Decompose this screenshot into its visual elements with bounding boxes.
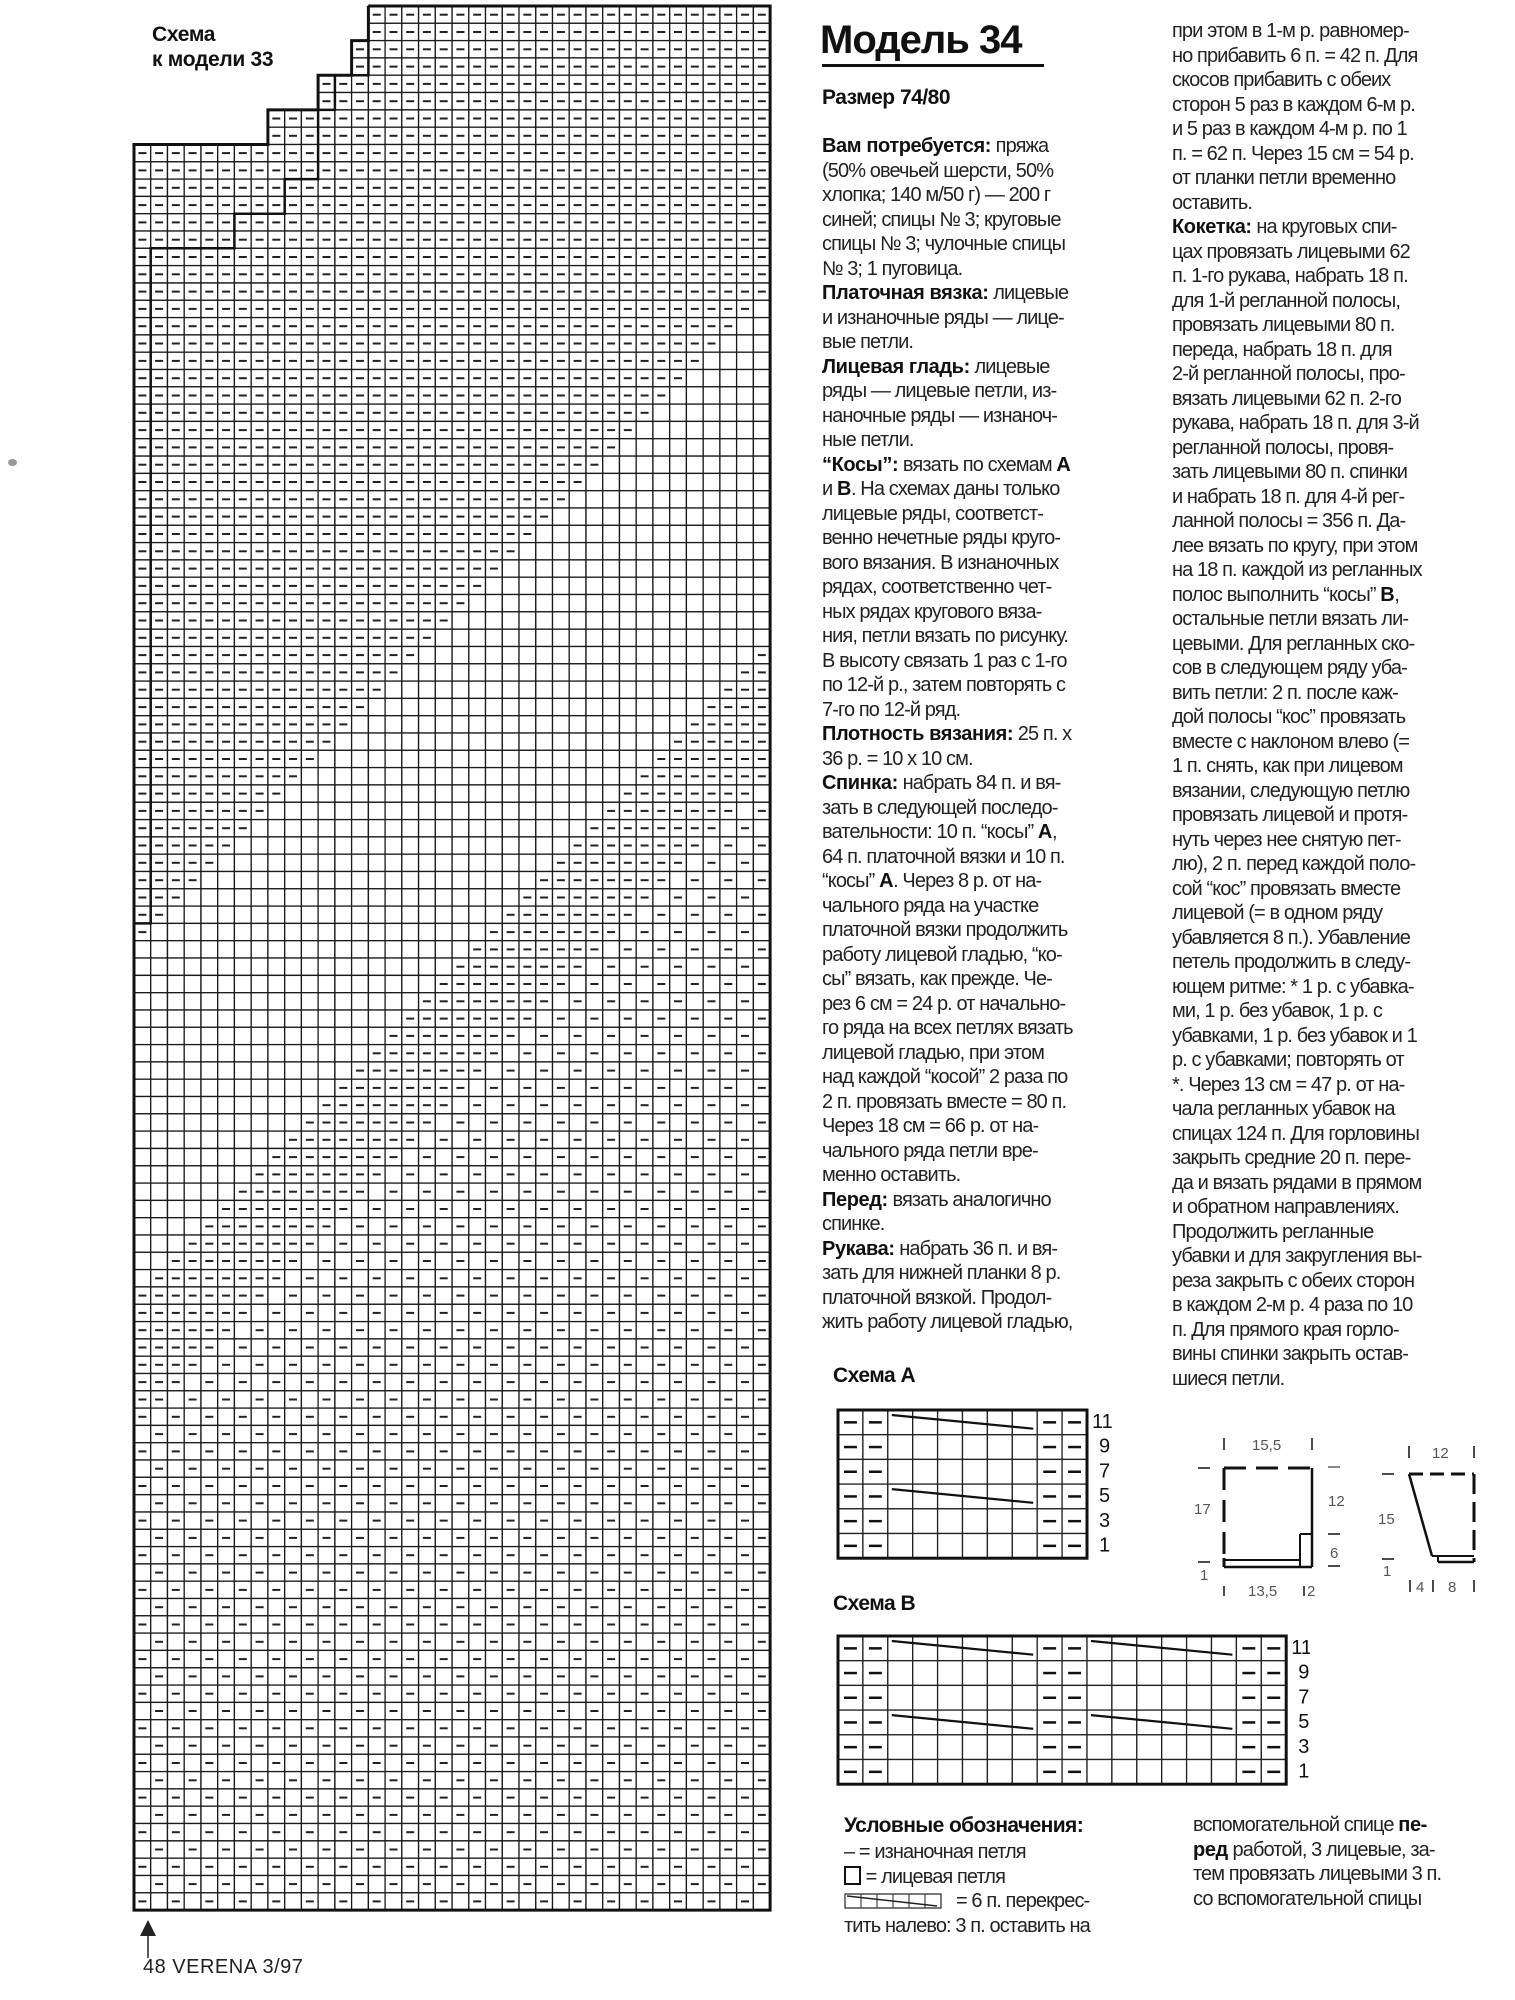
body-height-right-top: 12 — [1328, 1493, 1345, 1510]
col1-line: вого вязания. В изнаночных — [822, 551, 1132, 576]
col1-line: по 12-й р., затем повторять с — [822, 673, 1132, 698]
col1-line: Вам потребуется: пряжа — [822, 134, 1132, 159]
col2-line: ланной полосы = 356 п. Да- — [1172, 509, 1482, 534]
article-column-2: при этом в 1-м р. равномер-но прибавить … — [1172, 19, 1482, 1391]
col2-line: *. Через 13 см = 47 р. от на- — [1172, 1073, 1482, 1098]
col1-line: спицы № 3; чулочные спицы — [822, 232, 1132, 257]
col2-line: вязании, следующую петлю — [1172, 779, 1482, 804]
col2-line: но прибавить 6 п. = 42 п. Для — [1172, 44, 1482, 69]
body-height-left: 17 — [1194, 1501, 1211, 1518]
model-title: Модель 34 — [820, 18, 1021, 63]
legend-col2-line: ред работой, 3 лицевые, за- — [1193, 1838, 1503, 1863]
col1-line: и В. На схемах даны только — [822, 477, 1132, 502]
legend-column-2: вспомогательной спице пе-ред работой, 3 … — [1193, 1813, 1503, 1911]
col1-line: венно нечетные ряды круго- — [822, 526, 1132, 551]
purl-symbol-icon: – — [844, 1841, 854, 1863]
col2-line: и набрать 18 п. для 4-й рег- — [1172, 485, 1482, 510]
svg-text:9: 9 — [1298, 1662, 1309, 1684]
cable-symbol-icon — [844, 1893, 942, 1909]
col2-line: провязать лицевыми 80 п. — [1172, 313, 1482, 338]
col1-line: В высоту связать 1 раз с 1-го — [822, 649, 1132, 674]
col2-line: чала регланных убавок на — [1172, 1097, 1482, 1122]
col1-line: Плотность вязания: 25 п. х — [822, 722, 1132, 747]
sleeve-schematic — [1382, 1446, 1474, 1592]
svg-text:11: 11 — [1291, 1637, 1310, 1659]
col1-line: Лицевая гладь: лицевые — [822, 355, 1132, 380]
col2-line: р. с убавками; повторять от — [1172, 1048, 1482, 1073]
article-column-1: Вам потребуется: пряжа(50% овечьей шерст… — [822, 134, 1132, 1335]
col1-line: рез 6 см = 24 р. от начально- — [822, 992, 1132, 1017]
body-bottom-width: 13,5 — [1248, 1583, 1277, 1600]
col2-line: п. 1-го рукава, набрать 18 п. — [1172, 264, 1482, 289]
col2-line: регланной полосы, провя- — [1172, 436, 1482, 461]
col2-line: оставить. — [1172, 191, 1482, 216]
col1-line: платочной вязкой. Продол- — [822, 1286, 1132, 1311]
col1-line: чального ряда петли вре- — [822, 1139, 1132, 1164]
col2-line: вины спинки закрыть остав- — [1172, 1342, 1482, 1367]
svg-text:7: 7 — [1298, 1686, 1309, 1708]
size-label: Размер 74/80 — [822, 86, 950, 110]
svg-text:7: 7 — [1099, 1460, 1110, 1482]
col1-line: “Косы”: вязать по схемам А — [822, 453, 1132, 478]
col1-line: и изнаночные ряды — лице- — [822, 306, 1132, 331]
svg-text:1: 1 — [1099, 1535, 1110, 1557]
body-band: 1 — [1200, 1567, 1208, 1584]
legend-continuation: тить налево: 3 п. оставить на — [844, 1914, 1164, 1939]
col1-line: рядах, соответственно чет- — [822, 575, 1132, 600]
col2-line: лю), 2 п. перед каждой поло- — [1172, 852, 1482, 877]
body-top-width: 15,5 — [1252, 1437, 1281, 1454]
col2-line: да и вязать рядами в прямом — [1172, 1171, 1482, 1196]
col1-line: чального ряда на участке — [822, 894, 1132, 919]
body-schematic — [1198, 1438, 1340, 1596]
svg-text:11: 11 — [1092, 1411, 1113, 1433]
col1-line: лицевые ряды, соответст- — [822, 502, 1132, 527]
col1-line: лицевой гладью, при этом — [822, 1041, 1132, 1066]
col2-line: закрыть средние 20 п. пере- — [1172, 1146, 1482, 1171]
svg-text:5: 5 — [1099, 1485, 1110, 1507]
col1-line: 7-го по 12-й ряд. — [822, 698, 1132, 723]
col2-line: шиеся петли. — [1172, 1367, 1482, 1392]
col1-line: “косы” А. Через 8 р. от на- — [822, 869, 1132, 894]
col1-line: Перед: вязать аналогично — [822, 1188, 1132, 1213]
col1-line: работу лицевой гладью, “ко- — [822, 943, 1132, 968]
col1-line: ряды — лицевые петли, из- — [822, 379, 1132, 404]
col2-line: сов в следующем ряду уба- — [1172, 656, 1482, 681]
col2-line: сой “кос” провязать вместе — [1172, 877, 1482, 902]
schema-b-title: Схема В — [833, 1592, 915, 1616]
svg-text:1: 1 — [1298, 1761, 1309, 1783]
col2-line: Кокетка: на круговых спи- — [1172, 215, 1482, 240]
legend-col2-line: тем провязать лицевыми 3 п. — [1193, 1862, 1503, 1887]
legend-item-purl: – = изнаночная петля — [844, 1840, 1164, 1865]
sleeve-height: 15 — [1378, 1511, 1395, 1528]
schema-a-chart: 1197531 — [830, 1400, 1150, 1570]
col2-line: от планки петли временно — [1172, 166, 1482, 191]
print-speck — [8, 459, 17, 466]
col2-line: вить петли: 2 п. после каж- — [1172, 681, 1482, 706]
col2-line: при этом в 1-м р. равномер- — [1172, 19, 1482, 44]
knitting-chart-model-33 — [0, 0, 800, 2000]
col2-line: ющем ритме: * 1 р. с убавка- — [1172, 975, 1482, 1000]
knit-symbol-icon — [844, 1866, 861, 1885]
col1-line: го ряда на всех петлях вязать — [822, 1016, 1132, 1041]
col1-line: 2 п. провязать вместе = 80 п. — [822, 1090, 1132, 1115]
col2-line: остальные петли вязать ли- — [1172, 607, 1482, 632]
col1-line: № 3; 1 пуговица. — [822, 257, 1132, 282]
legend-item-knit: = лицевая петля — [844, 1865, 1164, 1890]
col1-line: (50% овечьей шерсти, 50% — [822, 159, 1132, 184]
body-height-right-bottom: 6 — [1330, 1545, 1338, 1562]
col2-line: лицевой (= в одном ряду — [1172, 901, 1482, 926]
col2-line: скосов прибавить с обеих — [1172, 68, 1482, 93]
col2-line: ми, 1 р. без убавок, 1 р. с — [1172, 999, 1482, 1024]
sleeve-bottom-right: 8 — [1448, 1579, 1456, 1596]
schema-b-chart: 1197531 — [830, 1626, 1310, 1796]
col2-line: рукава, набрать 18 п. для 3-й — [1172, 411, 1482, 436]
title-rule — [822, 64, 1044, 67]
col2-line: зать лицевыми 80 п. спинки — [1172, 460, 1482, 485]
col2-line: и 5 раз в каждом 4-м р. по 1 — [1172, 117, 1482, 142]
col1-line: ния, петли вязать по рисунку. — [822, 624, 1132, 649]
col2-line: цах провязать лицевыми 62 — [1172, 240, 1482, 265]
col2-line: 1 п. снять, как при лицевом — [1172, 754, 1482, 779]
col2-line: и обратном направлениях. — [1172, 1195, 1482, 1220]
svg-text:5: 5 — [1298, 1711, 1309, 1733]
col2-line: убавляется 8 п.). Убавление — [1172, 926, 1482, 951]
col1-line: Рукава: набрать 36 п. и вя- — [822, 1237, 1132, 1262]
col1-line: наночные ряды — изнаноч- — [822, 404, 1132, 429]
page-footer: 48 VERENA 3/97 — [143, 1956, 303, 1979]
col2-line: для 1-й регланной полосы, — [1172, 289, 1482, 314]
col1-line: Платочная вязка: лицевые — [822, 281, 1132, 306]
body-bottom-right: 2 — [1307, 1583, 1315, 1600]
legend-title: Условные обозначения: — [844, 1814, 1083, 1838]
svg-text:3: 3 — [1298, 1736, 1309, 1758]
col1-line: хлопка; 140 м/50 г) — 200 г — [822, 183, 1132, 208]
col1-line: спинке. — [822, 1212, 1132, 1237]
col1-line: Через 18 см = 66 р. от на- — [822, 1114, 1132, 1139]
col1-line: вые петли. — [822, 330, 1132, 355]
sleeve-band: 1 — [1383, 1563, 1391, 1580]
col2-line: спицах 124 п. Для горловины — [1172, 1122, 1482, 1147]
col1-line: 36 р. = 10 х 10 см. — [822, 747, 1132, 772]
garment-schematics: 15,5 17 12 6 1 13,5 2 12 15 1 4 8 — [1170, 1410, 1515, 1600]
col2-line: цевыми. Для регланных ско- — [1172, 632, 1482, 657]
legend-item-cable: = 6 п. перекрес- — [844, 1889, 1164, 1914]
col2-line: в каждом 2-м р. 4 раза по 10 — [1172, 1293, 1482, 1318]
col2-line: провязать лицевой и протя- — [1172, 803, 1482, 828]
col1-line: над каждой “косой” 2 раза по — [822, 1065, 1132, 1090]
col1-line: ных рядах кругового вяза- — [822, 600, 1132, 625]
col1-line: 64 п. платочной вязки и 10 п. — [822, 845, 1132, 870]
col1-line: платочной вязки продолжить — [822, 918, 1132, 943]
col1-line: зать для нижней планки 8 р. — [822, 1261, 1132, 1286]
col2-line: 2-й регланной полосы, про- — [1172, 362, 1482, 387]
sleeve-top-width: 12 — [1432, 1445, 1449, 1462]
col2-line: п. = 62 п. Через 15 см = 54 р. — [1172, 142, 1482, 167]
col1-line: Спинка: набрать 84 п. и вя- — [822, 771, 1132, 796]
col1-line: синей; спицы № 3; круговые — [822, 208, 1132, 233]
col2-line: убавки и для закругления вы- — [1172, 1244, 1482, 1269]
col1-line: жить работу лицевой гладью, — [822, 1310, 1132, 1335]
col2-line: вместе с наклоном влево (= — [1172, 730, 1482, 755]
col2-line: петель продолжить в следу- — [1172, 950, 1482, 975]
legend: – = изнаночная петля = лицевая петля = 6… — [844, 1840, 1164, 1938]
col2-line: на 18 п. каждой из регланных — [1172, 558, 1482, 583]
sleeve-bottom-left: 4 — [1416, 1579, 1424, 1596]
schema-a-title: Схема А — [833, 1364, 915, 1388]
col1-line: зать в следующей последо- — [822, 796, 1132, 821]
svg-text:9: 9 — [1099, 1436, 1110, 1458]
legend-col2-line: вспомогательной спице пе- — [1193, 1813, 1503, 1838]
col2-line: сторон 5 раз в каждом 6-м р. — [1172, 93, 1482, 118]
col2-line: вязать лицевыми 62 п. 2-го — [1172, 387, 1482, 412]
legend-col2-line: со вспомогательной спицы — [1193, 1887, 1503, 1912]
col2-line: п. Для прямого края горло- — [1172, 1318, 1482, 1343]
col1-line: сы” вязать, как прежде. Че- — [822, 967, 1132, 992]
col1-line: менно оставить. — [822, 1163, 1132, 1188]
col1-line: ные петли. — [822, 428, 1132, 453]
col2-line: лее вязать по кругу, при этом — [1172, 534, 1482, 559]
col2-line: дой полосы “кос” провязать — [1172, 705, 1482, 730]
col2-line: переда, набрать 18 п. для — [1172, 338, 1482, 363]
col1-line: вательности: 10 п. “косы” А, — [822, 820, 1132, 845]
col2-line: реза закрыть с обеих сторон — [1172, 1269, 1482, 1294]
col2-line: нуть через нее снятую пет- — [1172, 828, 1482, 853]
col2-line: Продолжить регланные — [1172, 1220, 1482, 1245]
svg-text:3: 3 — [1099, 1510, 1110, 1532]
col2-line: убавками, 1 р. без убавок и 1 — [1172, 1024, 1482, 1049]
col2-line: полос выполнить “косы” В, — [1172, 583, 1482, 608]
